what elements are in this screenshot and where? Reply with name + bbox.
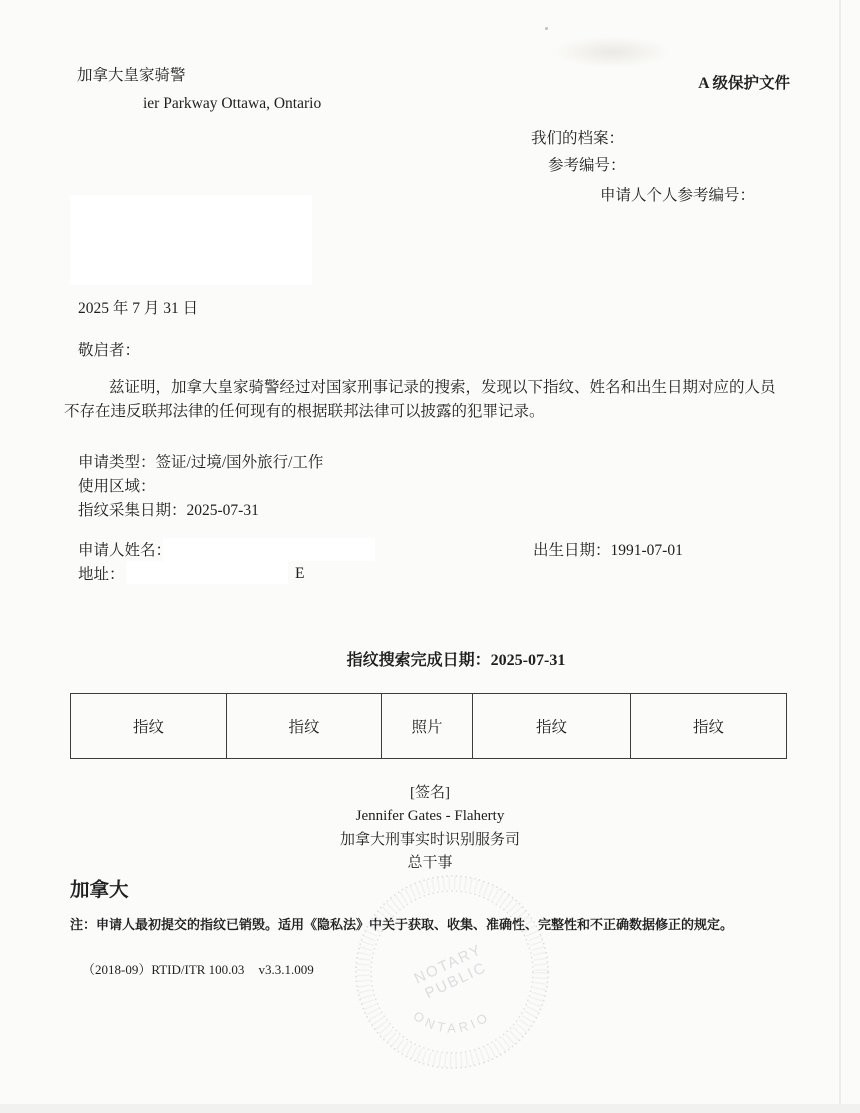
- use-area-label: 使用区域：: [78, 478, 156, 495]
- org-address: ier Parkway Ottawa, Ontario: [143, 94, 321, 114]
- scan-speck: [545, 27, 548, 30]
- applicant-name-label: 申请人姓名：: [78, 541, 171, 561]
- seal-arc-text: ONTARIO: [410, 1008, 493, 1036]
- search-completed-line: 指纹搜索完成日期：2025-07-31: [52, 647, 860, 670]
- fingerprint-cell-2: 指纹: [227, 694, 382, 758]
- application-type-label: 申请类型：: [78, 454, 156, 471]
- org-name: 加拿大皇家骑警: [77, 66, 186, 86]
- signatory-department: 加拿大刑事实时识别服务司: [0, 829, 860, 852]
- letter-body-line2: 不存在违反联邦法律的任何现有的根据联邦法律可以披露的犯罪记录。: [64, 400, 809, 424]
- form-version-line: （2018-09）RTID/ITR 100.03v3.3.1.009: [82, 959, 314, 978]
- protection-classification: A 级保护文件: [698, 74, 790, 94]
- scan-edge-shadow: [839, 0, 841, 1113]
- letter-body-line1: 兹证明，加拿大皇家骑警经过对国家刑事记录的搜索，发现以下指纹、姓名和出生日期对应…: [64, 376, 809, 400]
- our-file-label: 我们的档案：: [531, 129, 624, 149]
- use-area-row: 使用区域：: [78, 475, 323, 499]
- form-number: （2018-09）RTID/ITR 100.03: [82, 962, 244, 977]
- address-visible-fragment: E: [295, 564, 304, 584]
- dob-value: 1991-07-01: [611, 542, 683, 559]
- redaction-address: [126, 561, 288, 584]
- svg-text:ONTARIO: ONTARIO: [410, 1008, 493, 1036]
- form-version: v3.3.1.009: [258, 962, 313, 977]
- fingerprint-table: 指纹 指纹 照片 指纹 指纹: [70, 693, 787, 759]
- redaction-addressee-block: [70, 195, 312, 285]
- salutation: 敬启者：: [78, 341, 140, 361]
- date-of-birth: 出生日期：1991-07-01: [533, 541, 683, 561]
- letter-date: 2025 年 7 月 31 日: [78, 299, 198, 319]
- photo-cell: 照片: [382, 694, 473, 758]
- fingerprint-date-value: 2025-07-31: [187, 502, 259, 519]
- scan-bottom-band: [0, 1104, 860, 1113]
- signature-placeholder: [签名]: [0, 782, 860, 805]
- redaction-applicant-name: [163, 538, 375, 561]
- fingerprint-date-row: 指纹采集日期：2025-07-31: [78, 499, 323, 523]
- fingerprint-cell-4: 指纹: [631, 694, 786, 758]
- application-info: 申请类型：签证/过境/国外旅行/工作 使用区域： 指纹采集日期：2025-07-…: [78, 451, 323, 522]
- fingerprint-cell-1: 指纹: [71, 694, 227, 758]
- scan-smudge: [552, 36, 672, 68]
- search-completed-label: 指纹搜索完成日期：: [347, 652, 491, 669]
- letter-body: 兹证明，加拿大皇家骑警经过对国家刑事记录的搜索，发现以下指纹、姓名和出生日期对应…: [64, 376, 809, 423]
- search-completed-date: 2025-07-31: [491, 652, 566, 669]
- country-wordmark: 加拿大: [70, 874, 129, 902]
- fingerprint-cell-3: 指纹: [473, 694, 631, 758]
- fingerprint-date-label: 指纹采集日期：: [78, 502, 187, 519]
- document-page: 加拿大皇家骑警 ier Parkway Ottawa, Ontario A 级保…: [0, 0, 860, 1113]
- signature-block: [签名] Jennifer Gates - Flaherty 加拿大刑事实时识别…: [0, 782, 860, 876]
- application-type-value: 签证/过境/国外旅行/工作: [156, 454, 324, 471]
- application-type-row: 申请类型：签证/过境/国外旅行/工作: [78, 451, 323, 475]
- notary-seal: NOTARY PUBLIC ONTARIO: [352, 872, 552, 1072]
- reference-number-label: 参考编号：: [548, 156, 626, 176]
- personal-reference-label: 申请人个人参考编号：: [600, 186, 755, 206]
- signatory-name: Jennifer Gates - Flaherty: [0, 805, 860, 828]
- dob-label: 出生日期：: [533, 542, 611, 559]
- address-label: 地址：: [78, 565, 125, 585]
